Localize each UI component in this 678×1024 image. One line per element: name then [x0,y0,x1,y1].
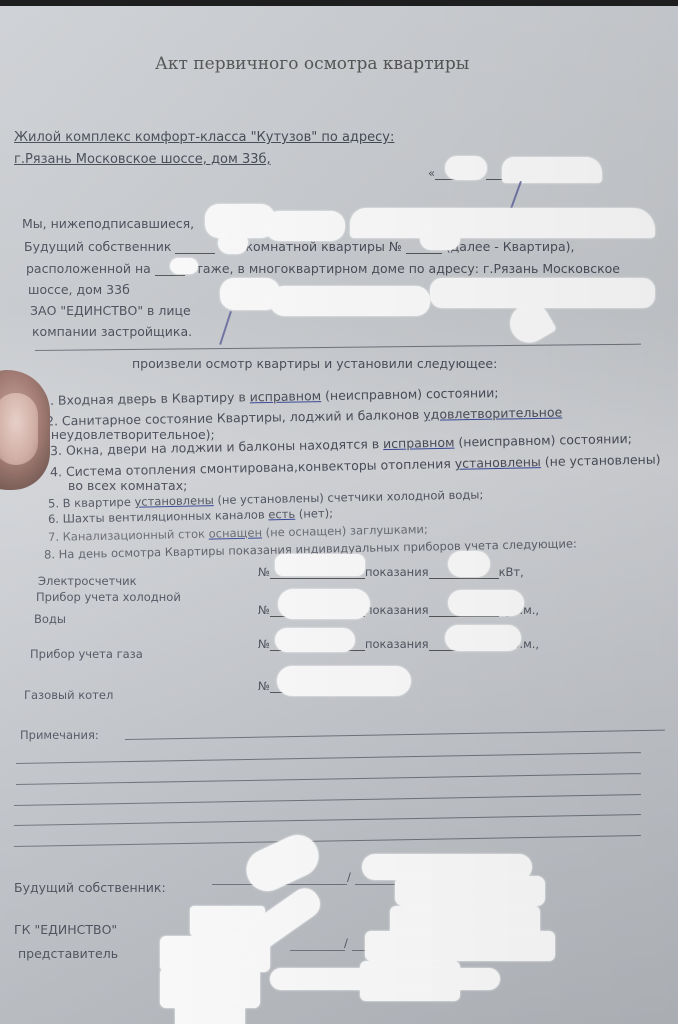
finding-item-1: 1. Входная дверь в Квартиру в исправном … [42,385,499,408]
redaction-rep-sig-5 [175,1001,245,1024]
document-page: Акт первичного осмотра квартиры Жилой ко… [0,6,678,1024]
redaction-apt-number [420,228,460,250]
redaction-names-2 [265,211,345,241]
redaction-water-reading [448,590,524,616]
redaction-block-1 [395,876,545,906]
finding-item-4-cont: во всех комнатах; [68,478,187,493]
meter-water-label-2: Воды [34,612,66,626]
redaction-owner-signature [240,828,326,898]
redaction-gas-no [275,628,355,652]
redaction-rep-2 [270,286,430,316]
parties-line-2: Будущий собственник комнатной квартиры №… [24,239,574,254]
redaction-block-3 [365,931,555,961]
meter-water-label: Прибор учета холодной [36,590,181,604]
redaction-electric-no [275,554,365,576]
redaction-gas-reading [445,625,521,651]
redaction-boiler-no [277,666,411,696]
rep-signature-separator: / [344,936,348,950]
redaction-date-day [445,156,487,180]
redaction-date-month [502,157,602,183]
owner-signature-label: Будущий собственник: [14,880,166,895]
complex-line: Жилой комплекс комфорт-класса "Кутузов" … [14,130,394,145]
notes-label: Примечания: [20,728,99,742]
pen-mark [510,181,522,210]
thumbnail [0,393,38,465]
redaction-names-3 [350,208,655,238]
meter-gas-label: Прибор учета газа [30,647,143,661]
company-label: ГК "ЕДИНСТВО" [14,922,117,937]
redaction-electric-reading [448,551,490,577]
rep-signature-line [290,950,345,951]
meter-boiler-label: Газовый котел [24,688,113,702]
address-line: г.Рязань Московское шоссе, дом 33б, [14,152,271,167]
owner-signature-separator: / [347,870,351,884]
pen-signature-mark [219,311,232,345]
representative-label: представитель [18,946,118,961]
document-title: Акт первичного осмотра квартиры [155,54,469,74]
redaction-block-5 [270,968,500,990]
redaction-water-no [278,589,370,619]
parties-line-4: шоссе, дом 33б [28,282,130,297]
parties-line-1: Мы, нижеподписавшиеся, [22,216,194,231]
divider-line [35,344,641,351]
finding-item-2: 2. Санитарное состояние Квартиры, лоджий… [46,404,562,428]
redaction-rooms [218,232,248,254]
parties-line-3: расположенной на этаже, в многоквартирно… [26,261,620,276]
intro-line: произвели осмотр квартиры и установили с… [132,356,497,371]
meter-electric-label: Электросчетчик [38,574,137,588]
parties-line-5: ЗАО "ЕДИНСТВО" в лице [30,303,191,318]
redaction-rep-3 [430,278,655,308]
parties-line-6: компании застройщика. [32,324,192,339]
redaction-floor [170,258,198,274]
